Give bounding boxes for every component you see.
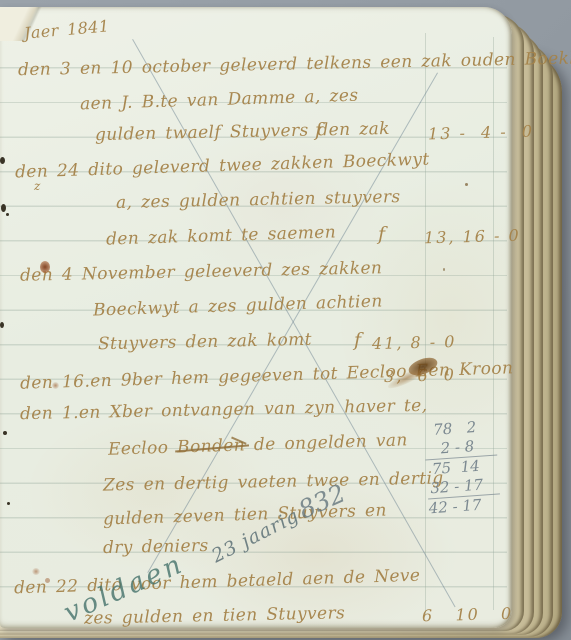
ink-dot (443, 268, 445, 271)
ledger-page: Jaer 1841 den 3 en 10 october geleverd t… (0, 7, 512, 628)
edge-speck (1, 204, 6, 212)
ledger-line: zes gulden en tien Stuyvers (84, 602, 346, 629)
florin-symbol: f (315, 119, 322, 141)
edge-speck (0, 157, 5, 164)
struck-word: Bonden (177, 435, 246, 457)
amount-value: 13 - 4 - 0 (428, 122, 535, 144)
line-text: de ongelden van (245, 430, 408, 455)
ledger-line: dry deniers (103, 535, 209, 559)
rust-spot (32, 568, 40, 575)
amount-value: 41, 8 - 0 (372, 332, 457, 353)
rust-spot (52, 382, 59, 389)
amount-value: 6 10 0 (422, 604, 514, 625)
margin-correction-mark: z (34, 179, 40, 193)
florin-symbol: f (354, 329, 361, 351)
line-text: Eecloo (108, 438, 178, 460)
florin-symbol: f (378, 223, 385, 245)
amount-value: 13, 16 - 0 (424, 226, 521, 248)
edge-speck (7, 502, 10, 505)
edge-speck (0, 322, 4, 328)
ledger-line: Stuyvers den zak komt (98, 329, 312, 355)
rust-spot (45, 578, 50, 583)
ink-dot (465, 183, 468, 186)
rust-spot (40, 261, 50, 273)
edge-speck (3, 431, 7, 435)
pencil-calculation: 78 2 2 - 8 75 14 32 - 17 42 - 17 (423, 417, 502, 519)
column-rule-left (425, 33, 426, 614)
edge-speck (6, 213, 9, 216)
ledger-book-photo: Jaer 1841 den 3 en 10 october geleverd t… (0, 0, 571, 640)
